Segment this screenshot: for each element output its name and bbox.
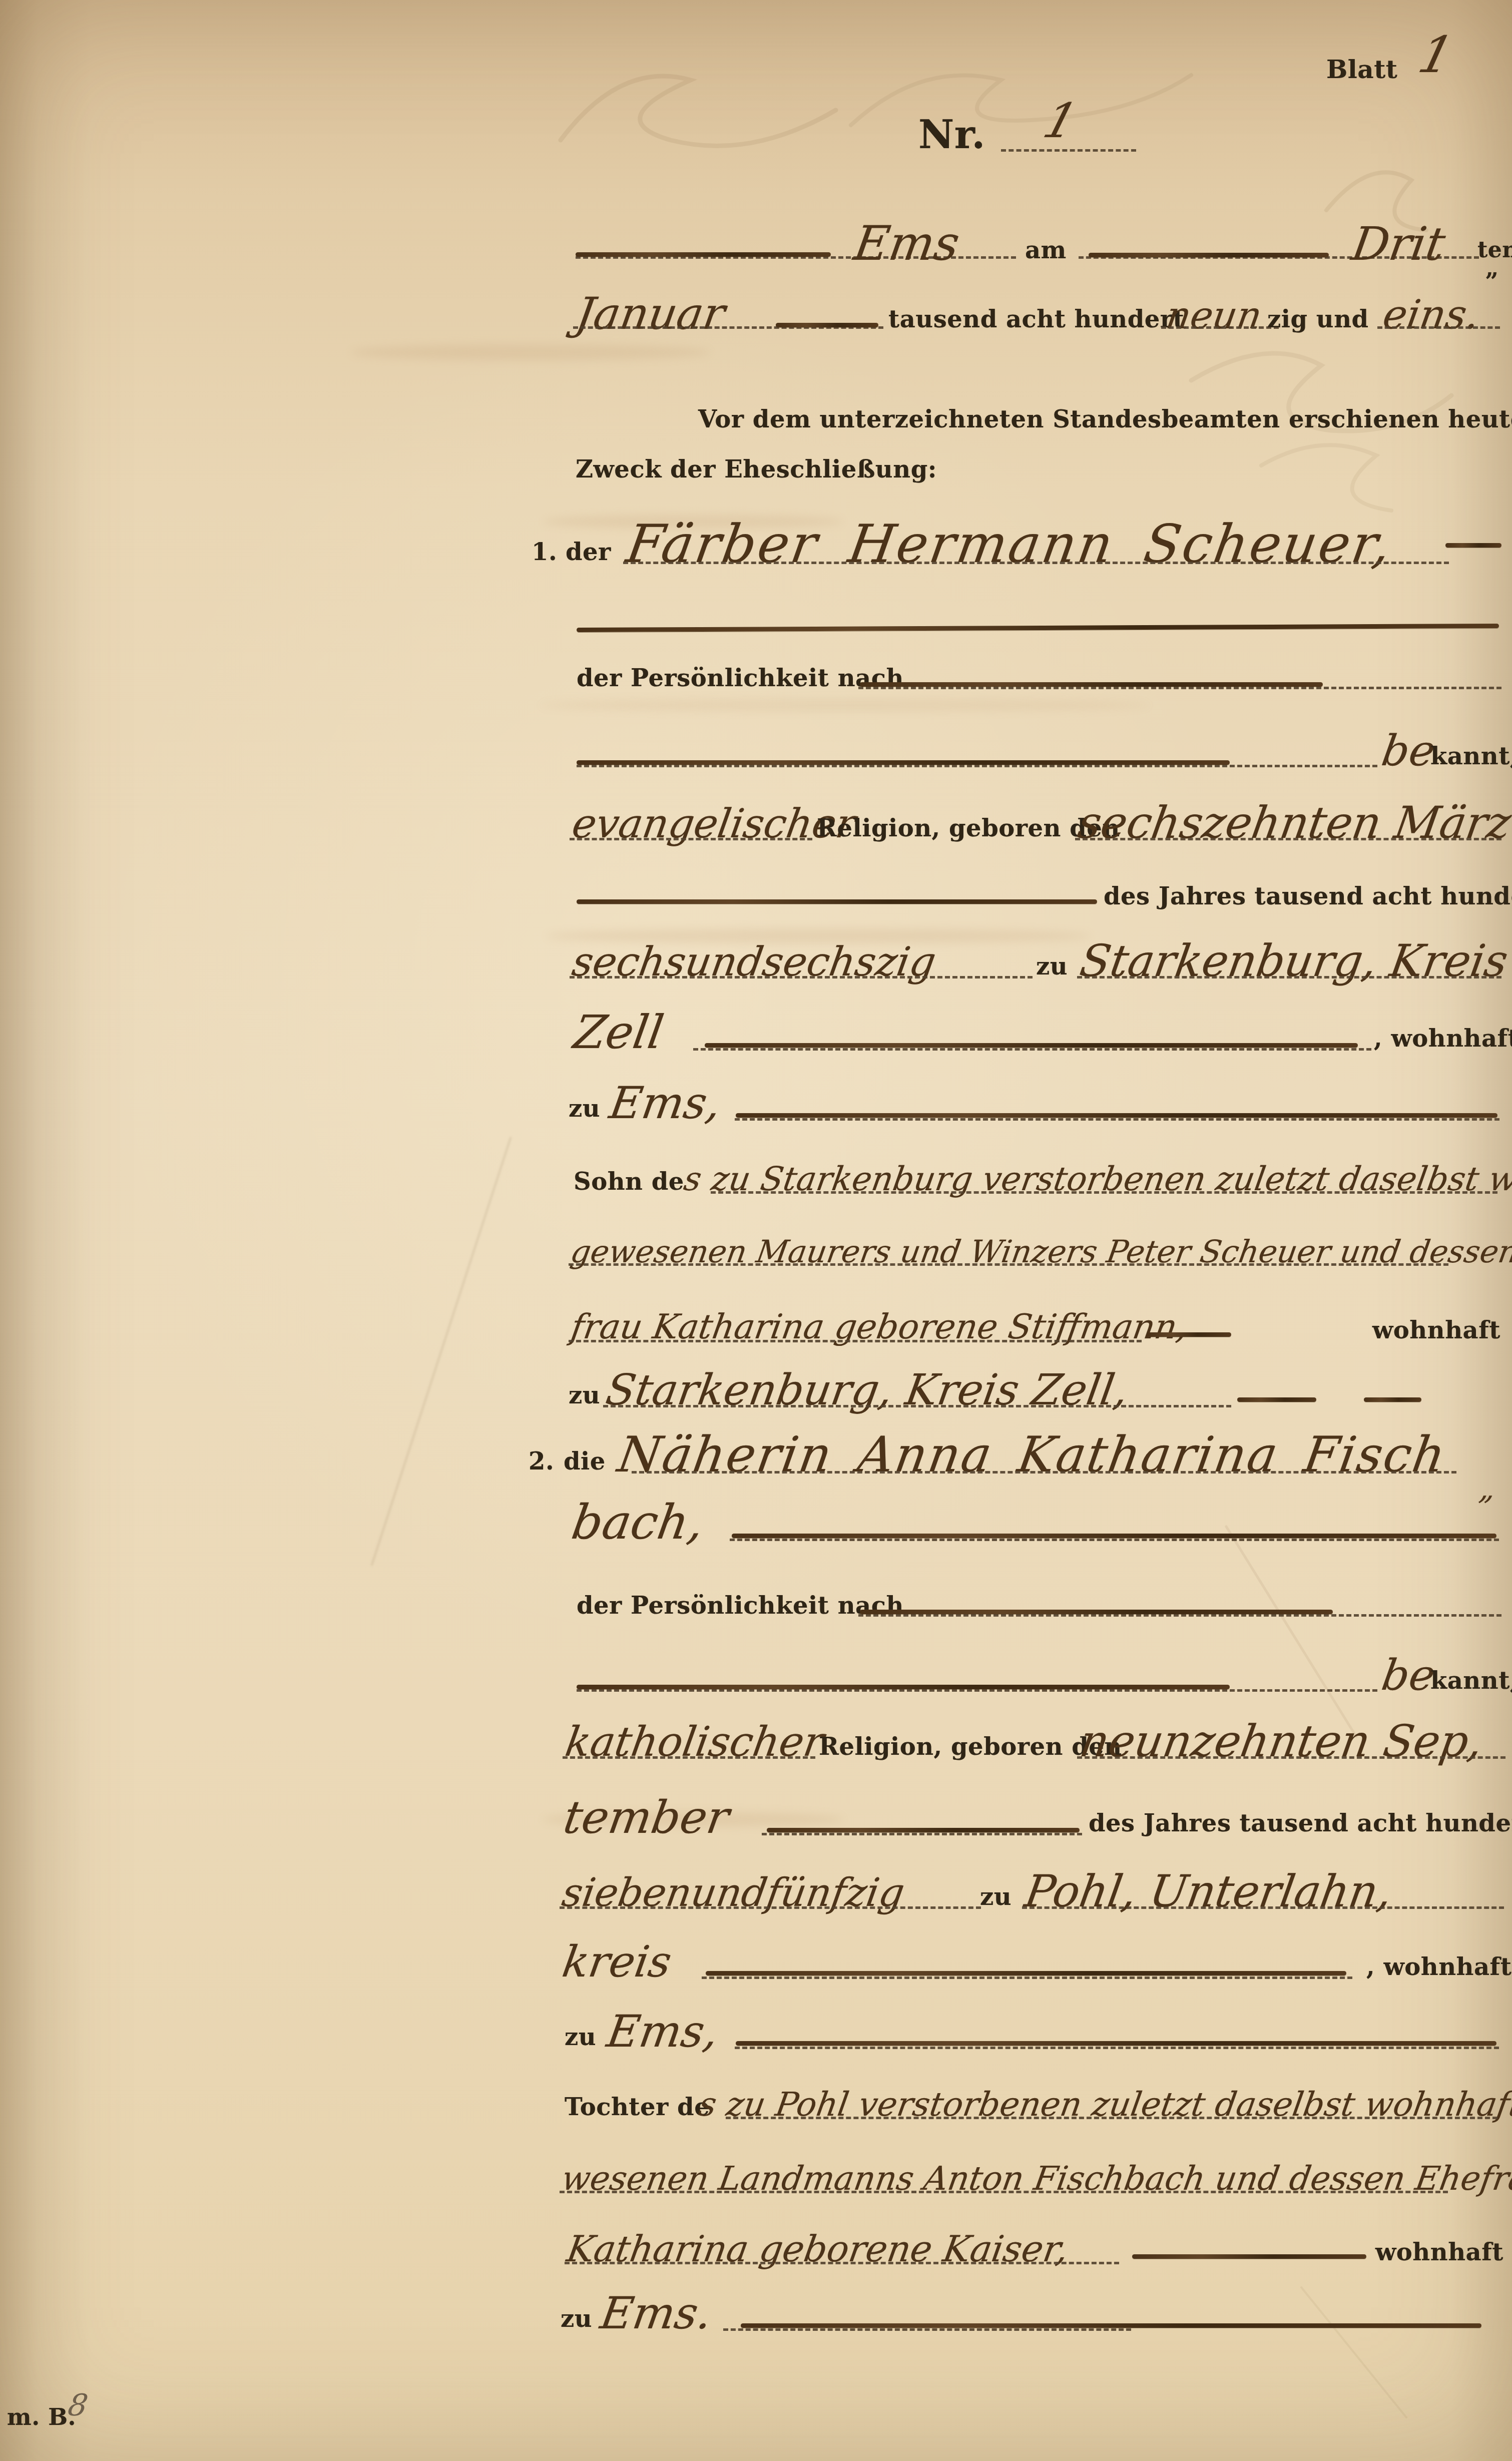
groom-birthplace-zu-label: zu — [1036, 954, 1068, 978]
bleedthrough-smear — [350, 344, 711, 360]
ink-stroke — [736, 1113, 1497, 1118]
blank-line — [735, 2047, 1499, 2049]
blank-line — [570, 838, 812, 840]
groom-birth-year-label: des Jahres tausend acht hundert — [1104, 884, 1512, 908]
bride-known-label: kannt, — [1430, 1669, 1512, 1693]
blank-line — [1001, 149, 1136, 152]
blank-line — [560, 1906, 981, 1909]
ink-stroke — [577, 760, 1230, 765]
bride-parentage-intro-label: Tochter de — [565, 2095, 710, 2119]
place-name: Ems — [851, 220, 962, 268]
am-label: am — [1025, 238, 1067, 262]
ink-stroke — [576, 252, 831, 257]
blank-line — [623, 562, 1449, 564]
blank-line — [1161, 326, 1279, 329]
bride-identity-label: der Persönlichkeit nach — [577, 1594, 904, 1618]
groom-parents-residence-zu-label: zu — [569, 1383, 600, 1407]
groom-known-prefix: be — [1379, 730, 1438, 772]
blank-line — [569, 1263, 1448, 1266]
bride-religion-label: Religion, geboren den — [819, 1735, 1122, 1759]
blank-line — [730, 1539, 1499, 1541]
ink-stroke — [767, 1828, 1080, 1832]
bride-name-continuation: bach, — [569, 1499, 707, 1547]
groom-birth-place-cont: Zell — [571, 1010, 667, 1056]
ink-stroke — [577, 624, 1499, 632]
continuation-mark: „ — [1477, 1474, 1498, 1504]
form-code-label: m. B. — [7, 2405, 76, 2428]
blank-line — [726, 2117, 1497, 2119]
groom-parentage-intro-label: Sohn de — [574, 1170, 684, 1194]
blank-line — [711, 1191, 1497, 1194]
ink-stroke — [1445, 543, 1501, 548]
blank-line — [1077, 1756, 1505, 1759]
groom-parentage-line-3: frau Katharina geborene Stiffmann, — [569, 1310, 1190, 1344]
blank-line — [693, 1048, 1371, 1051]
blank-line — [569, 1340, 1142, 1342]
blank-line — [702, 1977, 1352, 1979]
bride-birthplace-zu-label: zu — [980, 1885, 1012, 1909]
bride-parents-residence: Ems. — [598, 2291, 715, 2335]
month-name: Januar — [573, 292, 728, 336]
groom-parents-wohnhaft-label: wohnhaft — [1372, 1318, 1500, 1342]
ink-stroke — [776, 323, 878, 327]
blank-line — [570, 976, 1033, 978]
ink-stroke — [1132, 2254, 1366, 2259]
blank-line — [560, 2191, 1448, 2193]
ink-stroke — [706, 1971, 1346, 1976]
ink-stroke — [860, 1610, 1333, 1614]
sheet-label: Blatt — [1326, 57, 1397, 82]
blank-line — [577, 765, 1377, 767]
ink-stroke — [577, 1685, 1230, 1689]
blank-line — [632, 1471, 1456, 1473]
bride-birth-year-label: des Jahres tausend acht hundert — [1089, 1811, 1512, 1835]
blank-line — [563, 1756, 815, 1759]
intro-line-1: Vor dem unterzeichneten Standesbeamten e… — [698, 407, 1512, 431]
form-code-number: 8 — [66, 2390, 90, 2420]
groom-residence-zu-label: zu — [569, 1097, 600, 1121]
groom-wohnhaft-label: , wohnhaft — [1374, 1027, 1512, 1051]
bride-residence-zu-label: zu — [565, 2025, 596, 2049]
bride-known-prefix: be — [1379, 1654, 1438, 1697]
paper-crease — [371, 1137, 512, 1566]
blank-line — [1377, 326, 1500, 329]
day-ordinal: Drit — [1349, 221, 1448, 267]
ink-stroke — [705, 1043, 1358, 1048]
groom-residence: Ems, — [607, 1081, 724, 1125]
ink-stroke — [577, 899, 1097, 904]
blank-line — [723, 2328, 1131, 2331]
year-prefix-label: tausend acht hundert — [888, 307, 1184, 331]
bride-parents-wohnhaft-label: wohnhaft — [1375, 2240, 1503, 2264]
blank-line — [1075, 838, 1501, 840]
blank-line — [735, 1118, 1499, 1121]
intro-line-2: Zweck der Eheschließung: — [576, 457, 937, 481]
groom-known-label: kannt, — [1430, 744, 1512, 768]
groom-religion-label: Religion, geboren den — [817, 816, 1120, 840]
groom-item-number: 1. — [532, 540, 557, 564]
ink-stroke — [1237, 1397, 1316, 1402]
sheet-number: 1 — [1414, 30, 1458, 80]
record-number-value: 1 — [1039, 98, 1083, 145]
record-number-label: Nr. — [918, 116, 985, 155]
bride-parents-residence-zu-label: zu — [561, 2307, 592, 2331]
continuation-mark: „ — [1485, 256, 1499, 279]
bleedthrough-smear — [540, 699, 1150, 712]
ink-stroke — [741, 2323, 1481, 2328]
blank-line — [603, 1405, 1231, 1407]
blank-line — [577, 1689, 1377, 1692]
ink-stroke — [1089, 253, 1329, 257]
groom-parentage-line-2: gewesenen Maurers und Winzers Peter Sche… — [569, 1236, 1512, 1267]
year-tens-suffix-label: zig und — [1267, 307, 1369, 331]
ink-stroke — [1147, 1332, 1231, 1337]
registry-document-page: Blatt 1 Nr. 1 Ems am Drit ten „ Januar t… — [0, 0, 1512, 2461]
bride-wohnhaft-label: , wohnhaft — [1366, 1955, 1511, 1979]
blank-line — [1022, 1906, 1504, 1909]
blank-line — [762, 1833, 1082, 1835]
blank-line — [1077, 976, 1501, 978]
ink-stroke — [860, 682, 1323, 687]
blank-line — [565, 2262, 1119, 2264]
blank-line — [858, 1614, 1501, 1617]
bride-residence: Ems, — [604, 2010, 722, 2054]
ink-stroke — [1364, 1397, 1421, 1402]
groom-identity-label: der Persönlichkeit nach — [577, 666, 904, 690]
bride-article-label: die — [564, 1449, 606, 1473]
bride-birth-day-continuation: tember — [561, 1795, 732, 1840]
groom-article-label: der — [566, 540, 611, 564]
bride-item-number: 2. — [529, 1449, 554, 1473]
bride-birth-place-cont: kreis — [560, 1940, 674, 1984]
ink-stroke — [732, 1534, 1496, 1538]
year-ones: eins. — [1380, 295, 1482, 335]
ink-stroke — [736, 2041, 1496, 2046]
blank-line — [858, 687, 1501, 689]
